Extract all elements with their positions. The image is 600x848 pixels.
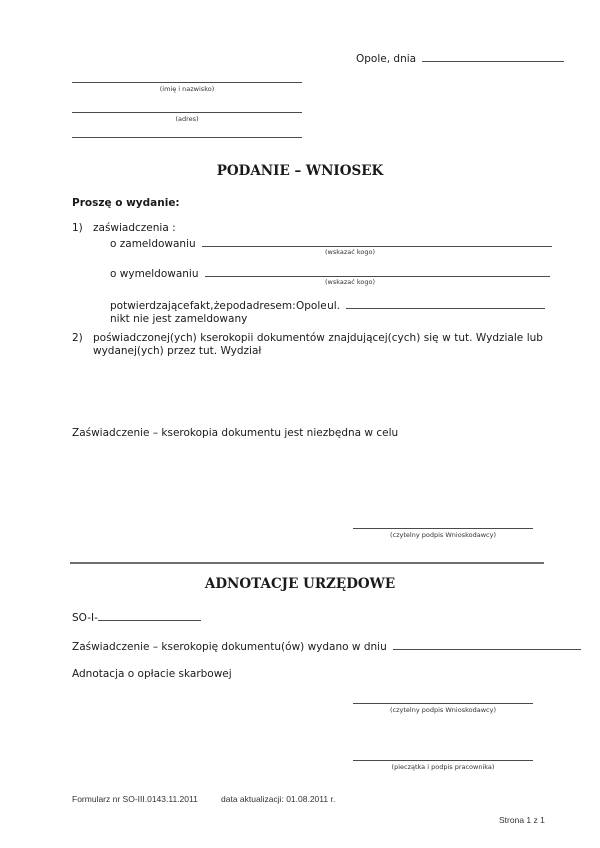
- item1-number: 1): [72, 222, 83, 235]
- employee-signature-caption: (pieczątka i podpis pracownika): [353, 763, 533, 771]
- applicant-signature-caption: (czytelny podpis Wnioskodawcy): [353, 531, 533, 539]
- case-number-field[interactable]: [98, 610, 201, 621]
- case-prefix: SO-I-: [72, 612, 98, 624]
- word: w: [442, 332, 451, 345]
- item1-label: zaświadczenia :: [93, 222, 176, 235]
- word: fakt,: [190, 300, 214, 313]
- word: adresem:: [246, 300, 295, 313]
- word: się: [424, 332, 439, 345]
- word: poświadczonej(ych): [93, 332, 197, 345]
- word: potwierdzające: [110, 300, 190, 313]
- issued-row: Zaświadczenie – kserokopię dokumentu(ów)…: [72, 639, 581, 654]
- confirm-text-line2: nikt nie jest zameldowany: [110, 313, 545, 326]
- place-date-row: Opole, dnia: [356, 51, 564, 66]
- fee-label: Adnotacja o opłacie skarbowej: [72, 668, 232, 681]
- word: ul.: [327, 300, 340, 313]
- deregistration-caption: (wskazać kogo): [310, 278, 390, 286]
- word: znajdującej(cych): [328, 332, 420, 345]
- confirm-address-field[interactable]: [346, 298, 545, 309]
- date-field[interactable]: [422, 51, 564, 62]
- item2-text-line1: poświadczonej(ych)kserokopiidokumentówzn…: [93, 332, 543, 345]
- name-caption: (imię i nazwisko): [72, 85, 302, 93]
- issued-label: Zaświadczenie – kserokopię dokumentu(ów)…: [72, 641, 387, 653]
- page-number: Strona 1 z 1: [499, 815, 545, 825]
- form-number: Formularz nr SO-III.0143.11.2011: [72, 794, 198, 804]
- official-applicant-signature-field[interactable]: [353, 703, 533, 704]
- purpose-label: Zaświadczenie – kserokopia dokumentu jes…: [72, 427, 398, 440]
- word: lub: [527, 332, 543, 345]
- deregistration-field[interactable]: [205, 266, 550, 277]
- word: dokumentów: [257, 332, 325, 345]
- registration-label: o zameldowaniu: [110, 238, 196, 250]
- applicant-signature-field[interactable]: [353, 528, 533, 529]
- name-field[interactable]: [72, 82, 302, 83]
- registration-field[interactable]: [202, 236, 552, 247]
- case-number-row: SO-I-: [72, 610, 201, 625]
- word: Opole: [296, 300, 327, 313]
- item2-text: poświadczonej(ych)kserokopiidokumentówzn…: [93, 332, 543, 358]
- address-caption: (adres): [72, 115, 302, 123]
- section-divider: [70, 562, 544, 564]
- official-title: ADNOTACJE URZĘDOWE: [0, 576, 600, 592]
- place-date-label: Opole, dnia: [356, 53, 416, 65]
- employee-signature-field[interactable]: [353, 760, 533, 761]
- address-field-1[interactable]: [72, 112, 302, 113]
- page-title: PODANIE – WNIOSEK: [0, 163, 600, 179]
- address-field-2[interactable]: [72, 137, 302, 138]
- word: pod: [226, 300, 246, 313]
- item2-number: 2): [72, 332, 83, 345]
- request-intro: Proszę o wydanie:: [72, 197, 180, 210]
- word: że: [214, 300, 226, 313]
- word: tut.: [454, 332, 472, 345]
- deregistration-label: o wymeldowaniu: [110, 268, 199, 280]
- issued-date-field[interactable]: [393, 639, 581, 650]
- official-applicant-signature-caption: (czytelny podpis Wnioskodawcy): [353, 706, 533, 714]
- confirm-text: potwierdzającefakt,żepodadresem:Opoleul.: [110, 300, 340, 313]
- word: Wydziale: [476, 332, 523, 345]
- update-date: data aktualizacji: 01.08.2011 r.: [221, 794, 335, 804]
- registration-caption: (wskazać kogo): [310, 248, 390, 256]
- item2-text-line2: wydanej(ych) przez tut. Wydział: [93, 345, 543, 358]
- word: kserokopii: [200, 332, 253, 345]
- confirm-row: potwierdzającefakt,żepodadresem:Opoleul.…: [110, 298, 545, 326]
